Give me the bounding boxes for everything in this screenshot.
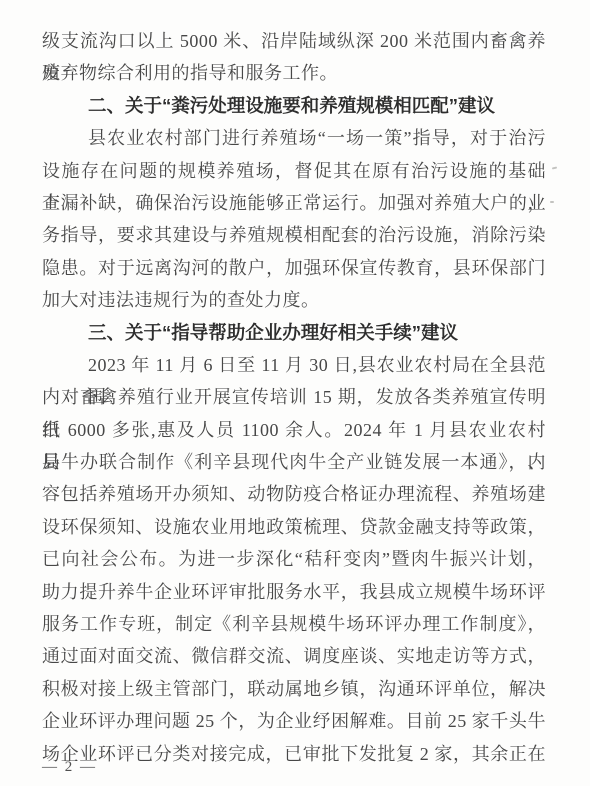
text-line: 企业环评办理问题 25 个，为企业纾困解难。目前 25 家千头牛 (42, 705, 546, 737)
text-line: 级支流沟口以上 5000 米、沿岸陆域纵深 200 米范围内畜禽养殖 (42, 25, 546, 57)
text-line: 县农业农村部门进行养殖场“一场一策”指导，对于治污 (42, 122, 546, 154)
text-line: 助力提升养牛企业环评审批服务水平，我县成立规模牛场环评 (42, 576, 546, 608)
text-line: 务指导，要求其建设与养殖规模相配套的治污设施，消除污染 (42, 219, 546, 251)
text-line: 查漏补缺，确保治污设施能够正常运行。加强对养殖大户的业 (42, 187, 546, 219)
text-line: 废弃物综合利用的指导和服务工作。 (42, 57, 546, 89)
scan-noise-speck (552, 167, 557, 170)
text-line: 设施存在问题的规模养殖场，督促其在原有治污设施的基础上， (42, 155, 546, 187)
text-line: 已向社会公布。为进一步深化“秸秆变肉”暨肉牛振兴计划， (42, 543, 546, 575)
text-line: 县牛办联合制作《利辛县现代肉牛全产业链发展一本通》，内 (42, 446, 546, 478)
text-line: 服务工作专班，制定《利辛县规模牛场环评办理工作制度》， (42, 608, 546, 640)
text-line: 2023 年 11 月 6 日至 11 月 30 日,县农业农村局在全县范围 (42, 349, 546, 381)
document-body: 级支流沟口以上 5000 米、沿岸陆域纵深 200 米范围内畜禽养殖废弃物综合利… (42, 25, 546, 770)
page-number: — 2 — (42, 756, 97, 778)
text-line: 场企业环评已分类对接完成，已审批下发批复 2 家，其余正在 (42, 738, 546, 770)
section-heading: 二、关于“粪污处理设施要和养殖规模相匹配”建议 (42, 90, 546, 122)
text-line: 内对畜禽养殖行业开展宣传培训 15 期，发放各类养殖宣传明白 (42, 381, 546, 413)
text-line: 纸 6000 多张,惠及人员 1100 余人。2024 年 1 月县农业农村局、 (42, 414, 546, 446)
text-line: 积极对接上级主管部门，联动属地乡镇，沟通环评单位，解决 (42, 673, 546, 705)
text-line: 设环保须知、设施农业用地政策梳理、贷款金融支持等政策， (42, 511, 546, 543)
section-heading: 三、关于“指导帮助企业办理好相关手续”建议 (42, 317, 546, 349)
scan-noise-speck (550, 201, 554, 203)
text-line: 容包括养殖场开办须知、动物防疫合格证办理流程、养殖场建 (42, 478, 546, 510)
text-line: 隐患。对于远离沟河的散户，加强环保宣传教育，县环保部门 (42, 252, 546, 284)
text-line: 加大对违法违规行为的查处力度。 (42, 284, 546, 316)
document-page: 级支流沟口以上 5000 米、沿岸陆域纵深 200 米范围内畜禽养殖废弃物综合利… (0, 0, 590, 786)
text-line: 通过面对面交流、微信群交流、调度座谈、实地走访等方式， (42, 640, 546, 672)
